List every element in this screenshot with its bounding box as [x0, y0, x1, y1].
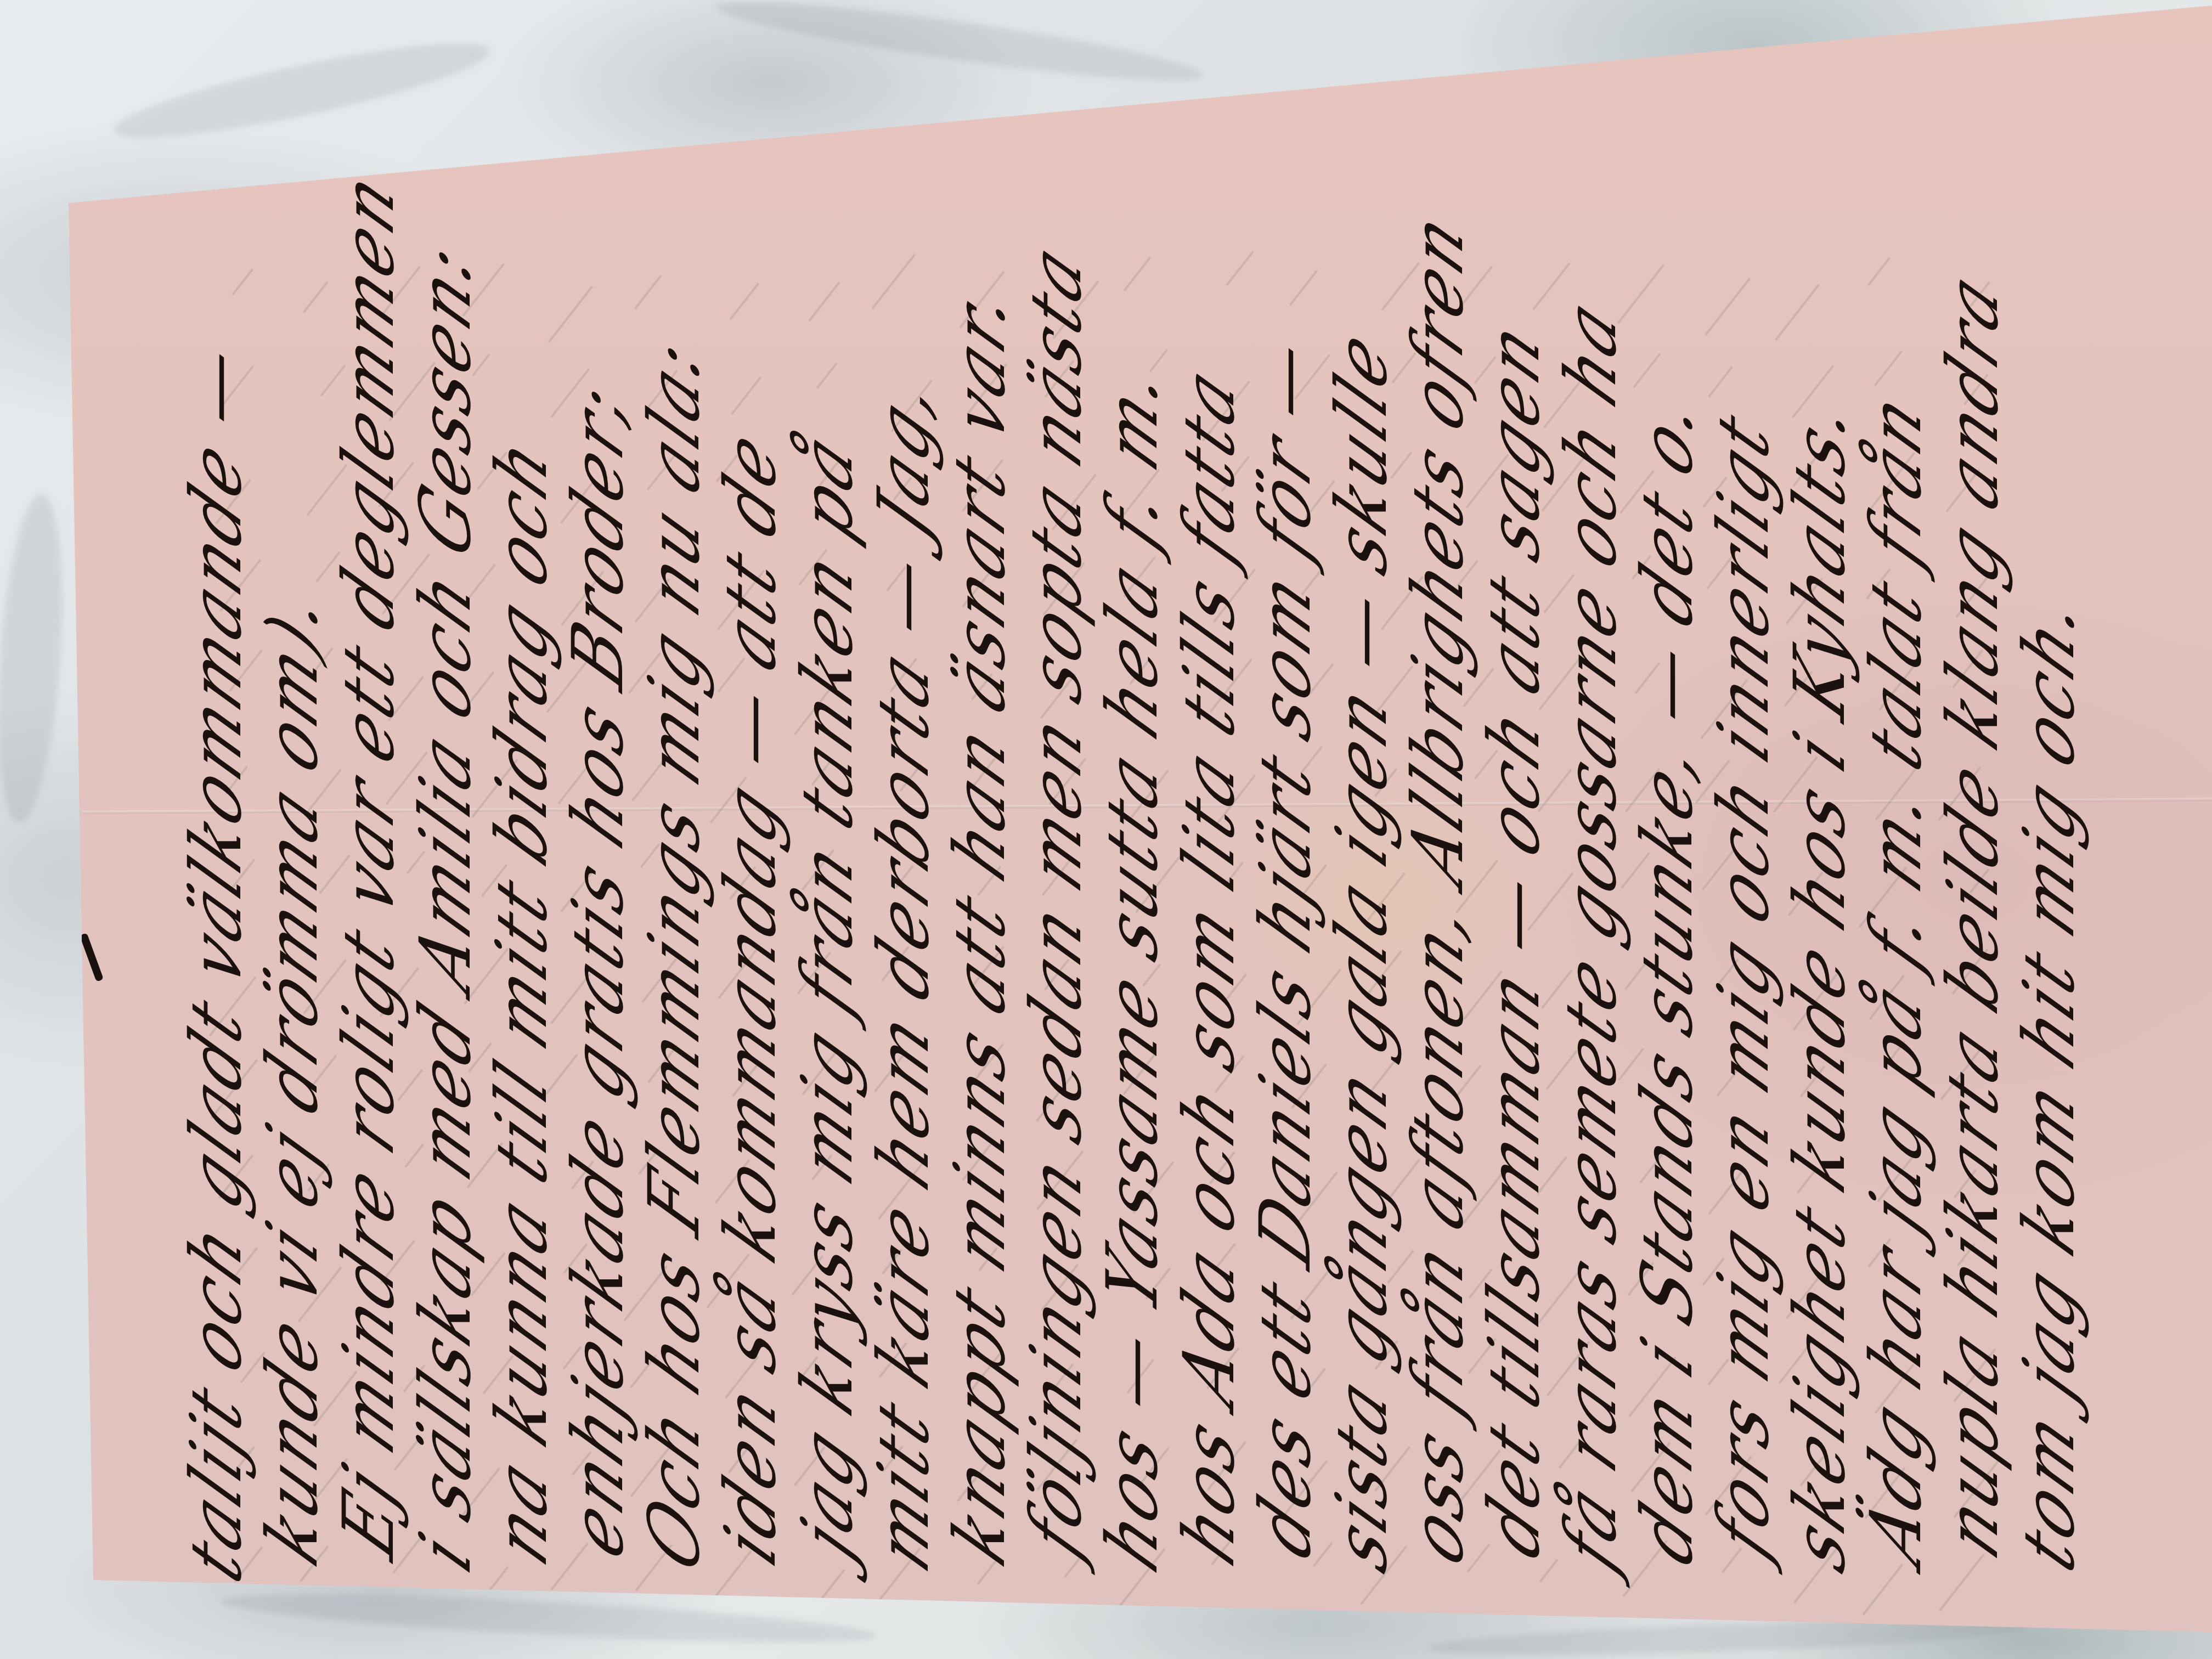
handwritten-line: få raras semete gossarne och ha [1550, 283, 1632, 1585]
marble-vein [0, 492, 72, 825]
handwritten-line: talijt och gladt välkommande — [176, 325, 257, 1596]
handwritten-line: mitt käre hem derborta — Jag, [863, 358, 945, 1585]
marble-vein [713, 0, 1207, 94]
handwritten-line: det tillsamman — och att sagen [1474, 305, 1555, 1572]
handwritten-line: iden så kommandag — att de [710, 414, 792, 1579]
handwritten-line: des ett Daniels hjärt som för — [1245, 319, 1327, 1572]
handwritten-line: skelighet kunde hos i Kyhalts. [1779, 380, 1861, 1585]
handwritten-line: jag kryss mig från tanken på [787, 416, 868, 1572]
handwritten-line: tom jag kom hit mig och. [2008, 575, 2090, 1585]
handwritten-line: Ej mindre roligt var ett deglemmen [328, 155, 410, 1572]
ink-mark [80, 933, 104, 981]
handwritten-line: följningen sedan men sopta nästa [1015, 228, 1097, 1572]
handwritten-line: knappt minns att han äsnart var. [939, 268, 1021, 1579]
handwritten-line: fors mig en mig och innerligt [1703, 396, 1785, 1572]
handwritten-line: hos — Yassame sutta hela f. m. [1092, 345, 1173, 1585]
handwritten-letter: talijt och gladt välkommande —kunde vi e… [143, 27, 2118, 1618]
handwritten-line: hos Ada och som lita tills fatta [1169, 351, 1250, 1579]
handwritten-line: Ädg har jag på f. m. talat från [1855, 376, 1937, 1579]
handwritten-line: nupla hikarta beilde klang andra [1932, 256, 2014, 1572]
handwritten-line: sista gången gala igen — skulle [1321, 314, 1403, 1585]
handwritten-line: i sällskap med Amilia och Gessen: [405, 224, 487, 1585]
handwritten-line: na kunna till mitt bidrag och [481, 421, 563, 1579]
letter-paper: talijt och gladt välkommande —kunde vi e… [0, 0, 2212, 1659]
marble-vein [109, 26, 494, 155]
handwritten-line: Och hos Flemmings mig nu ala: [634, 320, 715, 1585]
handwritten-line: enhjerkade gratis hos Broder; [557, 365, 639, 1572]
handwritten-line: oss från aftonen, Allbrighets ofren [1397, 196, 1479, 1579]
handwritten-line: dem i Stands stunke, — det o. [1627, 377, 1708, 1579]
handwritten-line: kunde vi ej drömma om). [252, 571, 334, 1579]
